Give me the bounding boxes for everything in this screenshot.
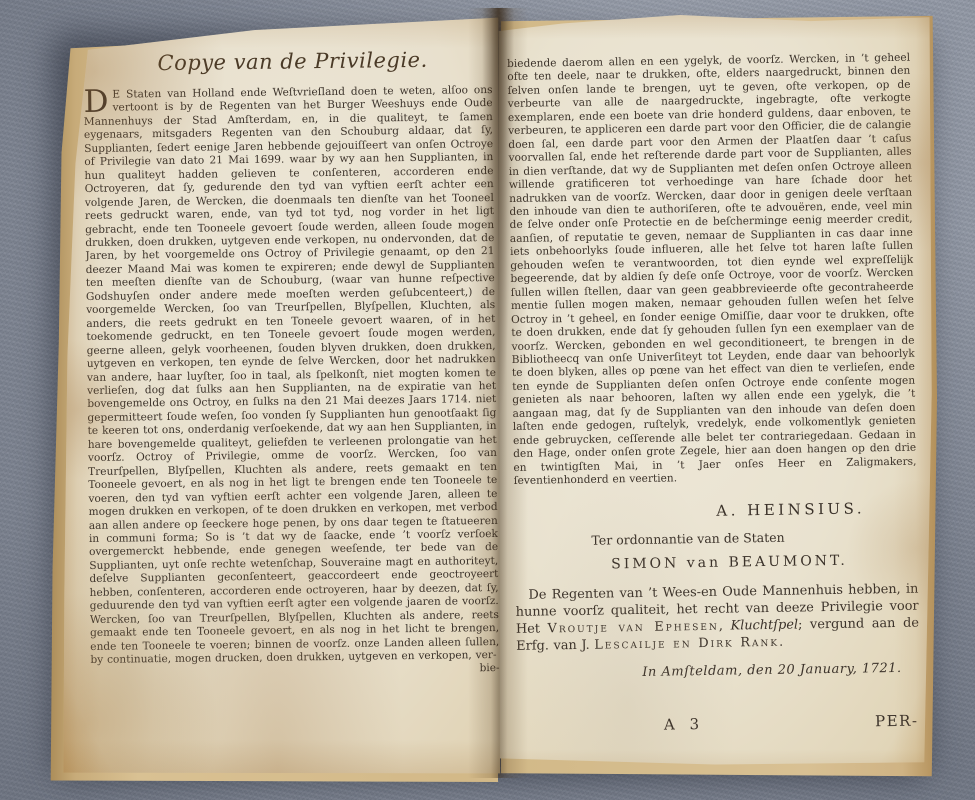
heirs-names: Lescailje en Dirk Rank.	[594, 634, 785, 652]
grant-text-2: ,	[719, 618, 731, 633]
drop-cap: D	[83, 89, 112, 114]
right-page-text-column: biedende daerom allen en een ygelyk, de …	[507, 52, 921, 774]
play-title: Vroutje van Ephesen	[548, 618, 719, 636]
right-page-body: biedende daerom allen en een ygelyk, de …	[507, 52, 917, 489]
left-page-body: DE Staten van Holland ende Weſtvrieſland…	[83, 84, 499, 667]
dateline: In Amſteldam, den 20 January, 1721.	[517, 660, 902, 681]
signature-mark-row: A 3 PER-	[517, 711, 920, 737]
grant-paragraph: De Regenten van ’t Wees-en Oude Mannenhu…	[515, 580, 919, 654]
left-page-text-column: Copye van de Privilegie. DE Staten van H…	[83, 47, 501, 766]
right-page: biedende daerom allen en een ygelyk, de …	[497, 8, 933, 780]
page-title: Copye van de Privilegie.	[93, 47, 492, 76]
left-page-body-text: E Staten van Holland ende Weſtvrieſland …	[84, 84, 500, 666]
right-page-catchword: PER-	[875, 711, 919, 730]
signature-mark: A 3	[517, 712, 850, 735]
ordonnance-line: Ter ordonnantie van de Staten	[514, 528, 861, 548]
photo-of-open-book: { "colors":{ "background_fabric":"#8c93a…	[0, 0, 975, 800]
genre-label: Kluchtſpel	[730, 617, 798, 633]
signature-heinsius: A. HEINSIUS.	[514, 499, 865, 523]
signature-beaumont: SIMON van BEAUMONT.	[541, 551, 918, 573]
left-page: Copye van de Privilegie. DE Staten van H…	[55, 10, 500, 778]
